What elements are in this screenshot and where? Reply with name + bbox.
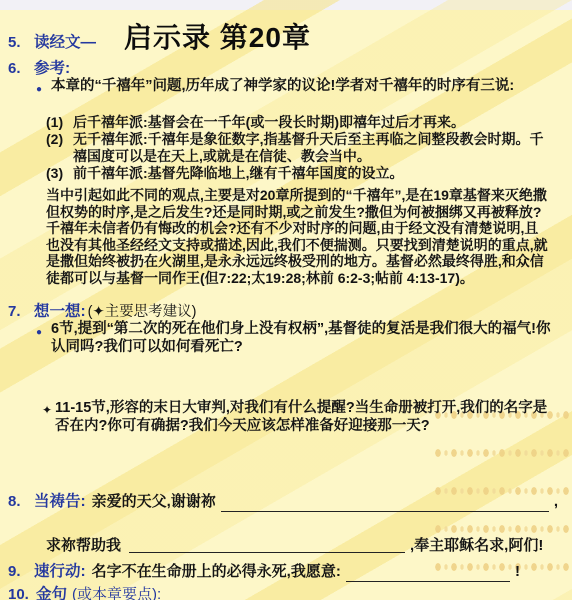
bullet-icon: ● — [36, 320, 51, 356]
item-number: 5. — [0, 34, 34, 51]
section-9-row: 9. 速行动: 名字不在生命册上的必得永死,我愿意: ! — [0, 562, 520, 582]
section-6-row: 6. 参考: — [0, 56, 70, 78]
item-number: 8. — [0, 492, 34, 512]
reference-discussion: 当中引起如此不同的观点,主要是对20章所提到的“千禧年”,是在19章基督来灭绝撒… — [46, 187, 548, 286]
star-icon: ✦ — [42, 399, 55, 435]
question-text: 11-15节,形容的末日大审判,对我们有什么提醒?当生命册被打开,我们的名字是否… — [55, 399, 560, 435]
section-label-verse: 金句 — [36, 585, 67, 600]
prayer-line-2: 求祢帮助我 ,奉主耶稣名求,阿们! — [46, 536, 558, 556]
worksheet-page: 5. 读经文— 启示录 第20章 6. 参考: ● 本章的“千禧年”问题,历年成… — [0, 0, 572, 600]
section-label-think: 想一想: — [34, 299, 86, 321]
item-number: 10. — [0, 585, 36, 600]
view-number: (2) — [46, 131, 73, 165]
think-question-2: ✦ 11-15节,形容的末日大审判,对我们有什么提醒?当生命册被打开,我们的名字… — [42, 399, 560, 435]
section-label-reference: 参考: — [34, 56, 70, 78]
view-text: 前千禧年派:基督先降临地上,继有千禧年国度的设立。 — [73, 165, 404, 182]
prayer-text: ,奉主耶稣名求,阿们! — [410, 536, 543, 556]
reference-intro-text: 本章的“千禧年”问题,历年成了神学家的议论!学者对千禧年的时序有三说: — [51, 77, 514, 99]
top-white-strip — [0, 0, 572, 10]
view-number: (3) — [46, 165, 73, 182]
reference-view-1: (1) 后千禧年派:基督会在一千年(或一段长时期)即禧年过后才再来。 — [46, 114, 552, 131]
question-text: 6节,提到“第二次的死在他们身上没有权柄”,基督徒的复活是我们很大的福气!你认同… — [51, 320, 552, 356]
view-text: 后千禧年派:基督会在一千年(或一段长时期)即禧年过后才再来。 — [73, 114, 465, 131]
fill-in-line — [221, 511, 549, 512]
prayer-text: 求祢帮助我 — [46, 536, 121, 556]
verse-note: (或本章要点): — [72, 585, 161, 600]
section-8-row: 8. 当祷告: 亲爱的天父,谢谢祢 , — [0, 492, 558, 512]
fill-in-line — [346, 581, 510, 582]
section-10-row: 10. 金句 (或本章要点): — [0, 585, 161, 600]
view-number: (1) — [46, 114, 73, 131]
think-question-1: ● 6节,提到“第二次的死在他们身上没有权柄”,基督徒的复活是我们很大的福气!你… — [36, 320, 552, 356]
fill-in-line — [129, 552, 405, 553]
think-hint: (✦主要思考建议) — [88, 300, 197, 321]
action-punctuation: ! — [515, 562, 520, 582]
section-5-row: 5. 读经文— 启示录 第20章 — [0, 16, 572, 56]
reference-views: (1) 后千禧年派:基督会在一千年(或一段长时期)即禧年过后才再来。 (2) 无… — [46, 114, 552, 182]
prayer-text: 亲爱的天父,谢谢祢 — [92, 492, 216, 512]
page-title: 启示录 第20章 — [124, 16, 311, 56]
prayer-punctuation: , — [554, 492, 558, 512]
reference-view-2: (2) 无千禧年派:千禧年是象征数字,指基督升天后至主再临之间整段教会时期。千禧… — [46, 131, 552, 165]
view-text: 无千禧年派:千禧年是象征数字,指基督升天后至主再临之间整段教会时期。千禧国度可以… — [73, 131, 552, 165]
section-7-row: 7. 想一想: (✦主要思考建议) — [0, 299, 196, 321]
item-number: 9. — [0, 562, 34, 582]
item-number: 6. — [0, 60, 34, 77]
section-label-prayer: 当祷告: — [34, 492, 86, 512]
action-text: 名字不在生命册上的必得永死,我愿意: — [92, 562, 341, 582]
reference-view-3: (3) 前千禧年派:基督先降临地上,继有千禧年国度的设立。 — [46, 165, 552, 182]
reference-intro: ● 本章的“千禧年”问题,历年成了神学家的议论!学者对千禧年的时序有三说: — [36, 77, 552, 99]
section-label-scripture: 读经文— — [34, 30, 96, 52]
section-label-action: 速行动: — [34, 562, 86, 582]
bullet-icon: ● — [36, 77, 51, 99]
item-number: 7. — [0, 303, 34, 320]
